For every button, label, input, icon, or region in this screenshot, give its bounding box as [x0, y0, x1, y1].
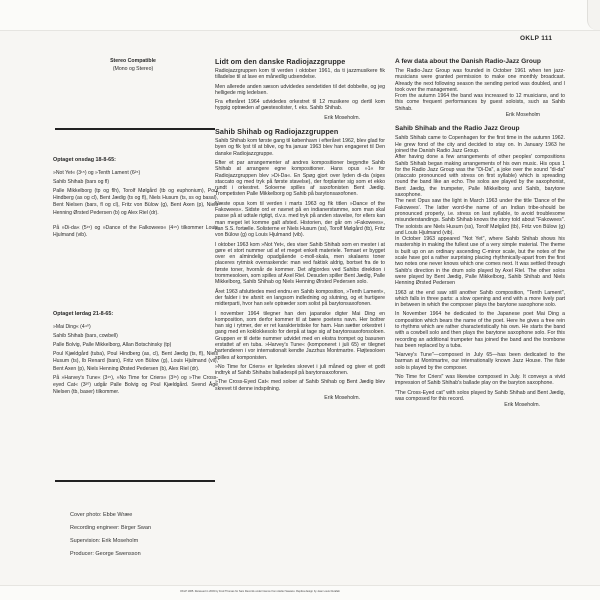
- english-s2-signature: Erik Moseholm.: [395, 402, 565, 408]
- session-1-tracks: »Not Yet« (3¹⁵) og »Tenth Lament (6²⁵): [53, 170, 218, 177]
- danish-s2-p4: I oktober 1963 kom »Not Yet«, des viser …: [215, 242, 385, 286]
- danish-s1-signature: Erik Moseholm.: [215, 115, 385, 121]
- session-1: Optaget onsdag 18-8-65: »Not Yet« (3¹⁵) …: [53, 157, 218, 241]
- danish-notes: Lidt om den danske Radiojazzgruppe Radio…: [215, 57, 385, 404]
- danish-s2-p3: Næste opus kom til verden i marts 1963 o…: [215, 201, 385, 239]
- session-2-tracks: »Mai Ding« (4⁴⁰): [53, 324, 218, 331]
- credit-recording-engineer: Recording engineer: Birger Swan: [70, 522, 151, 535]
- catalog-number: OKLP 111: [520, 35, 552, 42]
- english-heading-1: A few data about the Danish Radio-Jazz G…: [395, 57, 565, 66]
- english-s1-p2: From the autumn 1964 the band was increa…: [395, 93, 565, 112]
- danish-s2-p5: Året 1963 afsluttedes med endnu en Sahib…: [215, 289, 385, 308]
- wavy-divider-bottom: [55, 480, 215, 482]
- session-2-leader: Sahib Shihab (bars, cowbell): [53, 333, 218, 340]
- english-notes: A few data about the Danish Radio-Jazz G…: [395, 57, 565, 412]
- credit-cover-photo: Cover photo: Ebbe Wræe: [70, 509, 151, 522]
- session-1-personnel: Palle Mikkelborg (tp og flh), Torolf Møl…: [53, 188, 218, 216]
- danish-s1-p3: Fra efteråret 1964 udvidedes orkestret t…: [215, 99, 385, 112]
- english-s2-p4: In October 1963 appeared "Not Yet", wher…: [395, 236, 565, 286]
- danish-s1-p2: Men allerede anden sæson udvidedes sende…: [215, 84, 385, 97]
- english-s2-p1: Sahib Shihab came to Copenhagen for the …: [395, 135, 565, 154]
- danish-s1-p1: Radiojazzgruppen kom til verden i oktobe…: [215, 68, 385, 81]
- danish-s2-signature: Erik Moseholm.: [215, 395, 385, 401]
- english-s2-p9: "The Cross-Eyed cat" with solos played b…: [395, 390, 565, 403]
- session-2: Optaget lørdag 21-8-65: »Mai Ding« (4⁴⁰)…: [53, 311, 218, 398]
- english-s2-p7: "Harvey's Tune"—composed in July 65—has …: [395, 352, 565, 371]
- session-2-changes: På »Harvey's Tune« (3¹⁵), »No Time for C…: [53, 375, 218, 396]
- stereo-note: Stereo Compatible (Mono og Stereo): [53, 58, 213, 73]
- session-2-heading: Optaget lørdag 21-8-65:: [53, 311, 218, 318]
- stereo-subtitle: (Mono og Stereo): [53, 66, 213, 72]
- english-s1-p1: The Radio-Jazz Group was founded in Octo…: [395, 68, 565, 93]
- danish-heading-1: Lidt om den danske Radiojazzgruppe: [215, 57, 385, 66]
- sleeve-top-edge: [0, 0, 600, 31]
- footer-legal: OKLP 1965. Reissued in 2003 by Fred Thom…: [180, 590, 340, 593]
- session-1-leader: Sahib Shihab (bars og fl): [53, 179, 218, 186]
- danish-s2-p1: Sahib Shihab kom første gang til københa…: [215, 138, 385, 157]
- stereo-title: Stereo Compatible: [53, 58, 213, 64]
- session-1-heading: Optaget onsdag 18-8-65:: [53, 157, 218, 164]
- english-s2-p5: 1963 at the end saw still another Sahib …: [395, 290, 565, 309]
- credit-producer: Producer: George Swensson: [70, 548, 151, 561]
- danish-s2-p6: I november 1964 tilegner han den japansk…: [215, 311, 385, 361]
- danish-heading-2: Sahib Shihab og Radiojazzgruppen: [215, 127, 385, 136]
- danish-s2-p2: Efter et par arrangementer af andres kom…: [215, 160, 385, 198]
- english-s2-p2: After having done a few arrangements of …: [395, 154, 565, 198]
- session-2-personnel: Poul Kjældgård (tuba), Poul Hindberg (as…: [53, 351, 218, 372]
- english-s1-signature: Erik Moseholm: [395, 112, 565, 118]
- danish-s2-p8: »The Cross-Eyed Cat« med soloer af Sahib…: [215, 379, 385, 392]
- english-s2-p3: The next Opus saw the light in March 196…: [395, 198, 565, 236]
- wavy-divider-top: [55, 128, 215, 130]
- english-s2-p8: "No Time for Criers" was likewise compos…: [395, 374, 565, 387]
- credit-supervision: Supervision: Erik Moseholm: [70, 535, 151, 548]
- danish-s2-p7: »No Time for Criers« er ligeledes skreve…: [215, 364, 385, 377]
- english-heading-2: Sahib Shihab and the Radio Jazz Group: [395, 124, 565, 133]
- credits: Cover photo: Ebbe Wræe Recording enginee…: [70, 509, 151, 561]
- session-2-trumpets: Palle Bolvig, Palle Mikkelborg, Allan Bo…: [53, 342, 218, 349]
- english-s2-p6: In November 1964 he dedicated to the Jap…: [395, 311, 565, 349]
- session-1-addition: På »Di-da« (5¹⁵) og »Dance of the Falkow…: [53, 225, 218, 239]
- sleeve-corner: [587, 0, 600, 30]
